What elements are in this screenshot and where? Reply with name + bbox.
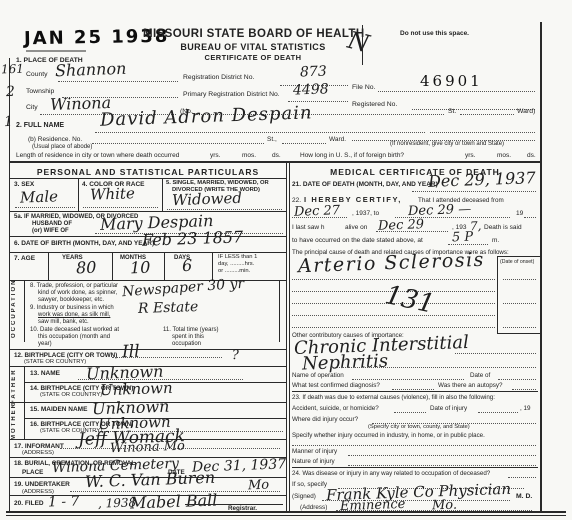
stamp-smudge [26,50,86,52]
how-long-us-label: How long in U. S., if of foreign birth? [300,152,404,159]
form-subtitle2: CERTIFICATE OF DEATH [143,53,363,62]
dotted-line [478,411,518,413]
father-name-label: 13. NAME [30,370,60,377]
file-no-label: File No. [352,84,375,91]
abode-note: (Usual place of abode) [32,144,92,150]
box-border [24,366,25,402]
related-occupation-label: 24. Was disease or injury in any way rel… [292,470,490,477]
margin-annotation: 1 [4,114,13,130]
death-said-label: Death is said [484,224,522,231]
section-divider [9,161,541,163]
dotted-line [92,142,264,144]
physician-address-state: Mo. [432,498,458,514]
nonresident-note: (If nonresident, give city or town and S… [390,141,504,147]
file-no-value: 46901 [420,72,483,90]
sex-label: 3. SEX [14,181,34,188]
informant-address-label: (ADDRESS) [22,450,54,456]
specify-city-note: (Specify city or town, county, and State… [368,424,470,430]
certify-label: I HEREBY CERTIFY, [304,195,402,204]
sex-value: Male [20,187,59,206]
dotted-line [455,352,536,354]
cell-divider [48,252,49,280]
dotted-line [60,447,280,449]
dotted-line [430,131,535,133]
age-years-value: 80 [76,258,97,278]
dotted-line [503,278,536,280]
primary-district-label: Primary Registration District No. [183,91,280,98]
if-so-specify-label: If so, specify [292,481,327,488]
cell-divider [78,178,79,211]
injury-date-label: Date of injury [430,405,467,412]
dotted-line [112,356,222,358]
rule [292,391,538,392]
dotted-line [292,216,347,218]
marital-label: 5. SINGLE, MARRIED, WIDOWED, OR [166,180,269,186]
dotted-line [392,388,434,390]
rule [10,349,286,350]
rule [10,252,286,253]
nineteen-label: 19 [516,210,523,217]
informant-label: 17. INFORMANT [14,443,64,450]
bottom-rule [6,511,566,513]
column-divider [286,163,287,512]
county-value: Shannon [55,59,127,80]
age-months-value: 10 [130,258,151,278]
wife-of-label: (or) WIFE OF [32,228,69,234]
dotted-line [58,80,178,82]
mos-label: mos. [497,152,511,159]
dotted-line [330,366,536,368]
full-name-label: 2. FULL NAME [16,122,64,129]
mos-label: mos. [242,152,256,159]
birthplace-label: 12. BIRTHPLACE (CITY OR TOWN) [14,352,117,359]
undertaker-value: W. C. Van Buren [85,468,216,492]
father-vertical-label: FATHER [11,372,17,404]
onset-box-border [497,256,498,334]
registration-district-value: 873 [300,64,327,81]
yrs-label: yrs. [465,152,475,159]
dotted-line [498,378,536,380]
rule [10,211,286,212]
birthplace-value: Ill [122,342,140,363]
onset-box-border [497,256,540,257]
dotted-line [348,454,536,456]
length-residence-label: Length of residence in city or town wher… [16,152,179,159]
nature-of-injury-label: Nature of injury [292,458,335,465]
header-divider [362,25,363,65]
dotted-line [15,206,75,208]
township-label: Township [26,88,54,95]
form-subtitle: BUREAU OF VITAL STATISTICS [143,42,363,52]
last-worked-label1: 10. Date deceased last worked at [30,327,119,333]
dotted-line [292,326,495,328]
total-time-label1: 11. Total time (years) [163,327,218,333]
dob-value: Feb 23 1857 [142,227,244,250]
cell-divider [112,252,113,280]
date-of-onset-label: (Date of onset) [500,259,534,265]
operation-label: Name of operation [292,372,344,379]
dotted-line [412,190,536,192]
dotted-line [376,230,448,232]
right-border [540,22,542,512]
cell-divider [212,252,213,280]
margin-annotation: 2 [6,84,15,100]
signed-label: (Signed) [292,493,316,500]
cell-divider [162,178,163,211]
trade-label2: kind of work done, as spinner, [38,290,117,296]
last-saw-label: I last saw h [292,224,325,231]
dotted-line [508,476,536,478]
dotted-line [336,509,532,511]
birthplace-mark: ? [232,348,240,363]
date-of-label: Date of [470,372,490,379]
registrar-signature: Mabel Ball [130,490,218,512]
alive-on-label: alive on [345,224,367,231]
box-border [24,280,25,342]
cell-divider [164,252,165,280]
test-label: What test confirmed diagnosis? [292,382,380,389]
primary-district-value: 4498 [293,81,329,98]
registered-no-label: Registered No. [352,101,397,108]
dob-label: 6. DATE OF BIRTH (MONTH, DAY, AND YEAR) [14,240,154,247]
registration-district-label: Registration District No. [183,74,254,81]
husband-of-label: HUSBAND OF [32,221,72,227]
maiden-name-label: 15. MAIDEN NAME [30,406,87,413]
filed-label: 20. FILED [14,500,44,507]
attended-year-label: , 1937, to [352,210,379,217]
dotted-line [394,411,426,413]
total-time-label2: spent in this [172,334,204,340]
dotted-line [503,302,536,304]
industry-value: R Estate [138,299,199,317]
box-border [24,402,25,439]
external-causes-label: 23. If death was due to external causes … [292,394,495,401]
dotted-line [378,90,535,92]
specify-where-label: Specify whether injury occurred in indus… [292,432,485,439]
m-label: m. [492,237,499,244]
address-label: (Address) [300,504,327,511]
marital-value: Widowed [172,189,242,209]
ds-label: ds. [527,152,536,159]
dotted-line [292,314,495,316]
last-worked-label3: year) [38,341,52,347]
dotted-line [352,139,535,141]
dotted-line [292,444,536,446]
industry-label2: work was done, as silk mill, [38,312,110,318]
where-injury-label: Where did injury occur? [292,416,358,423]
column-divider [289,163,290,512]
ward-label: Ward) [517,108,535,115]
if-less-label2: day, .........hrs. [218,261,254,267]
industry-label1: 9. Industry or business in which [30,305,114,311]
dotted-line [95,131,425,133]
rule [10,280,286,281]
filed-date-value: 1 - 7 [48,493,80,510]
rule [10,178,286,179]
rule [292,467,538,468]
physician-address-value: Eminence [340,497,406,514]
trade-label3: sawyer, bookkeeper, etc. [38,297,104,303]
date-of-death-label: 21. DATE OF DEATH (MONTH, DAY, AND YEAR) [292,181,438,188]
street-label: St. [448,108,456,115]
occurred-label: to have occurred on the date stated abov… [292,237,423,244]
father-birthplace-label2: (STATE OR COUNTRY) [40,392,102,398]
dotted-line [524,216,536,218]
burial-place-label: PLACE [22,469,43,476]
county-label: County [26,71,48,78]
dotted-line [352,378,464,380]
full-name-value: David Adron Despain [100,102,313,130]
item22-number: 22. [292,197,301,204]
if-less-label3: or .........min. [218,268,250,274]
box-border [279,280,280,342]
trade-label1: 8. Trade, profession, or particular [30,283,118,289]
md-label: M. D. [516,493,532,500]
dotted-line [512,388,536,390]
if-less-label1: IF LESS than 1 [218,254,257,260]
date-of-death-value: Dec 29, 1937 [428,168,536,191]
dotted-line [292,278,495,280]
total-time-label3: occupation [172,341,201,347]
mother-vertical-label: MOTHER [11,408,17,440]
age-days-value: 6 [182,256,193,275]
accident-label: Accident, suicide, or homicide? [292,405,379,412]
last-worked-label2: this occupation (month and [38,334,110,340]
age-label: 7. AGE [14,255,35,262]
dotted-line [83,206,158,208]
do-not-use-label: Do not use this space. [400,30,469,37]
comma19-label: , 19 [520,405,531,412]
dotted-line [503,326,536,328]
residence-ward-label: Ward. [329,136,346,143]
city-label: City [26,104,38,111]
dotted-line [348,464,536,466]
occupation-vertical-label: OCCUPATION [11,286,17,338]
contributory-value2: Nephritis [302,351,389,375]
death-certificate-scan: JAN 25 1938 MISSOURI STATE BOARD OF HEAL… [0,0,572,520]
dotted-line [167,208,282,210]
form-title: MISSOURI STATE BOARD OF HEALTH [143,28,363,40]
undertaker-label: 19. UNDERTAKER [14,481,70,488]
dotted-line [448,243,488,245]
residence-st-label: St., [267,136,277,143]
yrs-label: yrs. [210,152,220,159]
registrar-label: Registrar. [228,505,257,512]
personal-section-header: PERSONAL AND STATISTICAL PARTICULARS [10,167,286,177]
industry-label3: saw mill, bank, etc. [38,319,89,325]
race-value: White [90,184,135,204]
dotted-line [460,113,514,115]
dotted-line [282,142,326,144]
residence-label: (b) Residence. No. [28,136,82,143]
autopsy-label: Was there an autopsy? [438,382,503,389]
dotted-line [288,100,348,102]
birthplace-label2: (STATE OR COUNTRY) [24,359,86,365]
bottom-rule [6,515,566,516]
onset-box-border [497,333,540,334]
ds-label: ds. [272,152,281,159]
manner-of-injury-label: Manner of injury [292,448,337,455]
